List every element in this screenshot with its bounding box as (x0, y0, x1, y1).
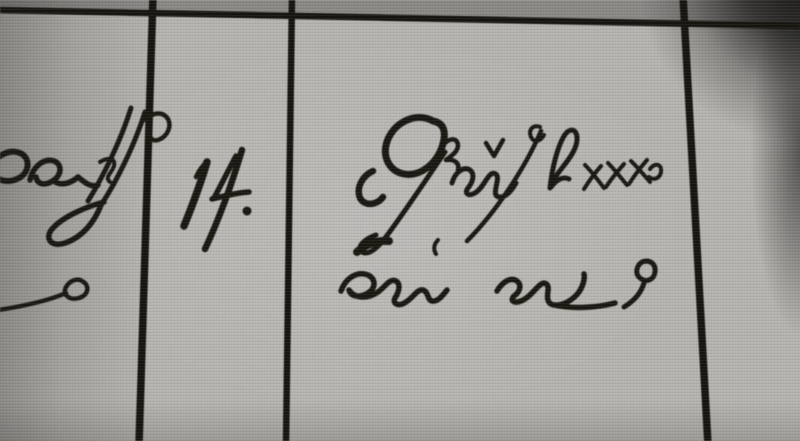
column-rule-left (139, 0, 153, 441)
ink-layer (0, 0, 800, 441)
handwriting-entry-number (184, 150, 252, 249)
u-breve-mark (486, 140, 503, 156)
column-rule-middle (286, 0, 292, 441)
handwriting-name-line2 (341, 240, 655, 307)
handwriting-name-gustav (357, 117, 661, 253)
column-rule-right (683, 0, 708, 441)
handwriting-bottom-left-flourish (0, 280, 87, 311)
period-dot (243, 207, 252, 216)
register-photo: illegible cursive word (cut off at left … (0, 0, 800, 441)
